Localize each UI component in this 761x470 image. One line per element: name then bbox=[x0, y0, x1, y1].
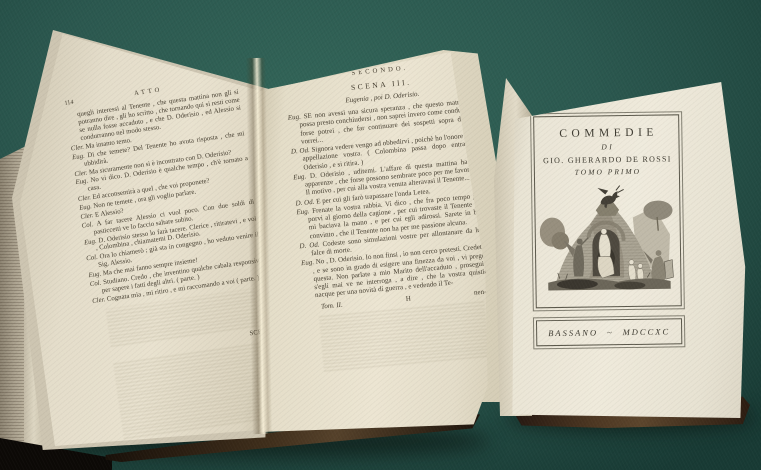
title-di: DI bbox=[539, 141, 675, 152]
title-frame: COMMEDIE DI GIO. GHERARDO DE ROSSI TOMO … bbox=[530, 111, 685, 311]
right-catchword: nen- bbox=[474, 287, 487, 296]
volume-signature: Tom. II. bbox=[321, 300, 343, 310]
left-dialogue: Cler. Ma intanto temo. Eug. Di che temet… bbox=[70, 121, 265, 305]
imprint-frame-inner: BASSANO ~ MDCCXC bbox=[536, 318, 682, 346]
imprint-year: MDCCXC bbox=[623, 326, 671, 337]
pegasus-parnassus-engraving-icon bbox=[539, 177, 677, 291]
right-page: SECONDO. 115 SCENA III. Eugenia , poi D.… bbox=[258, 52, 490, 432]
title-page: COMMEDIE DI GIO. GHERARDO DE ROSSI TOMO … bbox=[510, 82, 750, 418]
author-line: GIO. GHERARDO DE ROSSI bbox=[539, 154, 675, 165]
photo-canvas: 114 ATTO quegli interessi al Tenente , c… bbox=[0, 0, 761, 470]
volume-line: TOMO PRIMO bbox=[539, 166, 675, 177]
imprint-ornament-icon: ~ bbox=[607, 327, 614, 337]
title-block: COMMEDIE DI GIO. GHERARDO DE ROSSI TOMO … bbox=[538, 119, 677, 303]
left-page: 114 ATTO quegli interessi al Tenente , c… bbox=[20, 34, 270, 446]
title-frame-inner: COMMEDIE DI GIO. GHERARDO DE ROSSI TOMO … bbox=[533, 114, 682, 308]
imprint-line: BASSANO ~ MDCCXC bbox=[537, 319, 681, 345]
book-title: COMMEDIE bbox=[538, 126, 674, 140]
gathering-signature: H bbox=[405, 294, 411, 303]
show-through-text bbox=[113, 341, 272, 439]
imprint-frame: BASSANO ~ MDCCXC bbox=[533, 315, 685, 349]
imprint-place: BASSANO bbox=[548, 327, 598, 338]
show-through-text bbox=[319, 301, 489, 372]
